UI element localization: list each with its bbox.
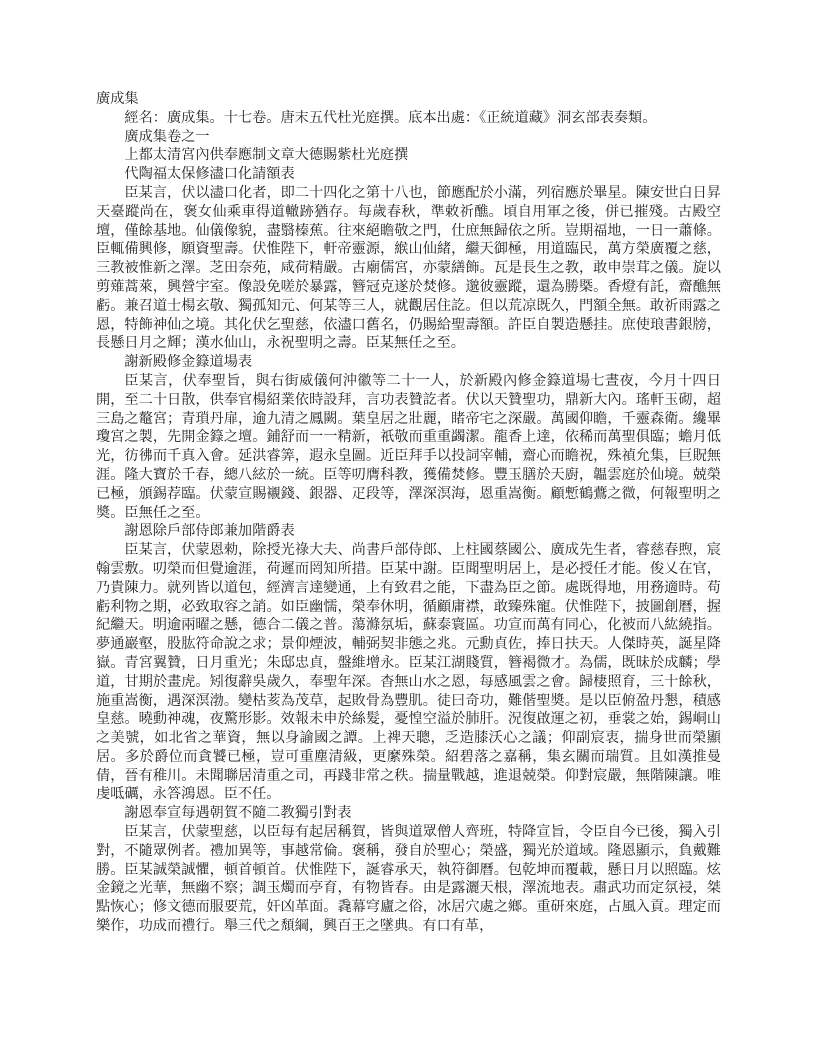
memorial-body-4: 臣某言，伏蒙聖慈，以臣每有起居稱賀，皆與道眾僧人齊班，特降宣旨，令臣自今已後，獨… xyxy=(96,823,721,936)
memorial-title-1: 代陶福太保修濜口化請額表 xyxy=(96,165,721,184)
author-attribution: 上都太清宮內供奉應制文章大德賜紫杜光庭撰 xyxy=(96,146,721,165)
document-page: 廣成集經名：廣成集。十七卷。唐末五代杜光庭撰。底本出處：《正統道藏》洞玄部表奏類… xyxy=(0,0,816,1056)
book-title: 廣成集 xyxy=(96,90,721,109)
memorial-body-3: 臣某言，伏蒙恩勑，除授光祿大夫、尚書戶部侍郎、上柱國蔡國公、廣成先生者，睿慈春煦… xyxy=(96,541,721,804)
memorial-title-4: 謝恩奉宣每遇朝賀不隨二教獨引對表 xyxy=(96,804,721,823)
volume-title: 廣成集卷之一 xyxy=(96,128,721,147)
memorial-body-2: 臣某言，伏奉聖旨，與右街威儀何沖徽等二十一人，於新殿內修金籙道場七晝夜，今月十四… xyxy=(96,372,721,522)
edition-note: 經名：廣成集。十七卷。唐末五代杜光庭撰。底本出處：《正統道藏》洞玄部表奏類。 xyxy=(96,109,721,128)
text-content: 廣成集經名：廣成集。十七卷。唐末五代杜光庭撰。底本出處：《正統道藏》洞玄部表奏類… xyxy=(96,90,721,936)
memorial-title-2: 謝新殿修金籙道場表 xyxy=(96,353,721,372)
memorial-body-1: 臣某言，伏以濜口化者，即二十四化之第十八也，節應配於小滿，列宿應於畢星。陳安世白… xyxy=(96,184,721,353)
memorial-title-3: 謝恩除戶部侍郎兼加階爵表 xyxy=(96,522,721,541)
